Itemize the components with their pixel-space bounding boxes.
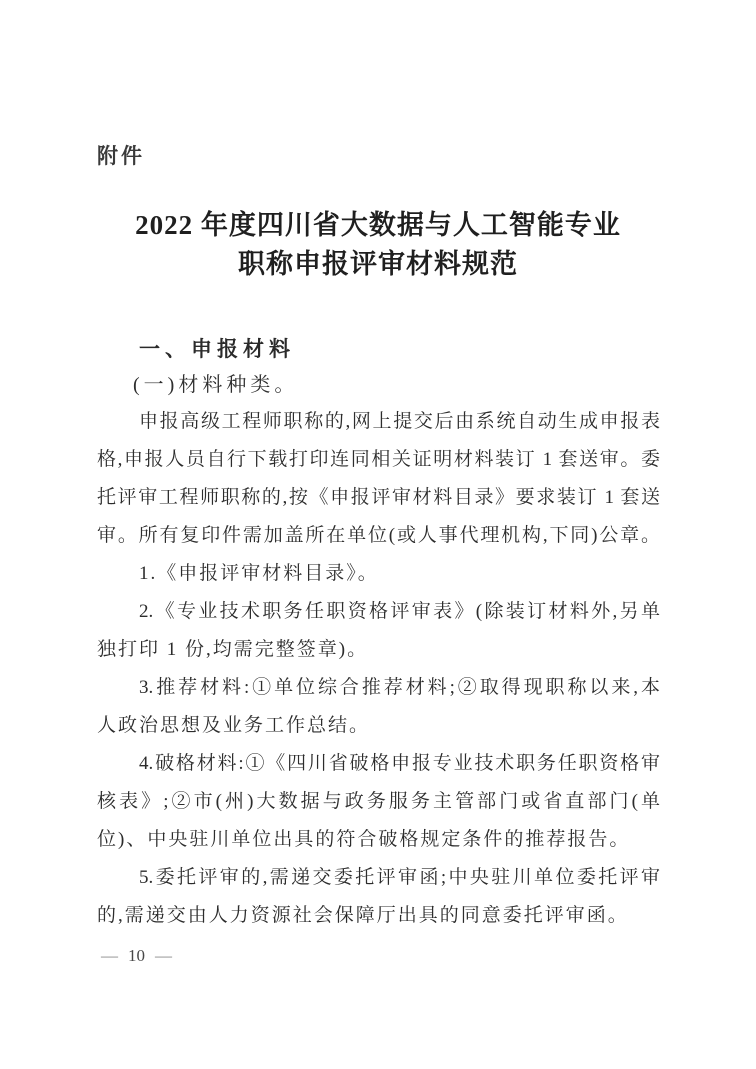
body-line: 审。所有复印件需加盖所在单位(或人事代理机构,下同)公章。 [97, 517, 660, 555]
page-number-dash-left: — [101, 946, 118, 965]
body-line: 托评审工程师职称的,按《申报评审材料目录》要求装订 1 套送 [97, 479, 660, 517]
subsection-heading: (一)材料种类。 [133, 368, 298, 397]
body-line: 人政治思想及业务工作总结。 [97, 707, 660, 745]
body-line: 核表》;②市(州)大数据与政务服务主管部门或省直部门(单 [97, 783, 660, 821]
body-line: 的,需递交由人力资源社会保障厅出具的同意委托评审函。 [97, 897, 660, 935]
attachment-label: 附件 [97, 140, 145, 170]
document-title: 2022 年度四川省大数据与人工智能专业 职称申报评审材料规范 [0, 206, 756, 284]
body-line: 2.《专业技术职务任职资格评审表》(除装订材料外,另单 [97, 593, 660, 631]
body-line: 3.推荐材料:①单位综合推荐材料;②取得现职称以来,本 [97, 669, 660, 707]
body-line: 位)、中央驻川单位出具的符合破格规定条件的推荐报告。 [97, 821, 660, 859]
title-line-2: 职称申报评审材料规范 [0, 245, 756, 284]
section-heading: 一、申报材料 [139, 333, 295, 363]
body-line: 4.破格材料:①《四川省破格申报专业技术职务任职资格审 [97, 745, 660, 783]
title-line-1: 2022 年度四川省大数据与人工智能专业 [0, 206, 756, 245]
page-number: 10 [128, 946, 145, 965]
body-line: 独打印 1 份,均需完整签章)。 [97, 631, 660, 669]
page-footer: —10— [101, 944, 172, 968]
body-line: 格,申报人员自行下载打印连同相关证明材料装订 1 套送审。委 [97, 441, 660, 479]
page-number-dash-right: — [155, 946, 172, 965]
body-line: 5.委托评审的,需递交委托评审函;中央驻川单位委托评审 [97, 859, 660, 897]
document-page: 附件 2022 年度四川省大数据与人工智能专业 职称申报评审材料规范 一、申报材… [0, 0, 756, 1069]
body-line: 申报高级工程师职称的,网上提交后由系统自动生成申报表 [97, 403, 660, 441]
body-line: 1.《申报评审材料目录》。 [97, 555, 660, 593]
body-text: 申报高级工程师职称的,网上提交后由系统自动生成申报表 格,申报人员自行下载打印连… [97, 403, 660, 935]
